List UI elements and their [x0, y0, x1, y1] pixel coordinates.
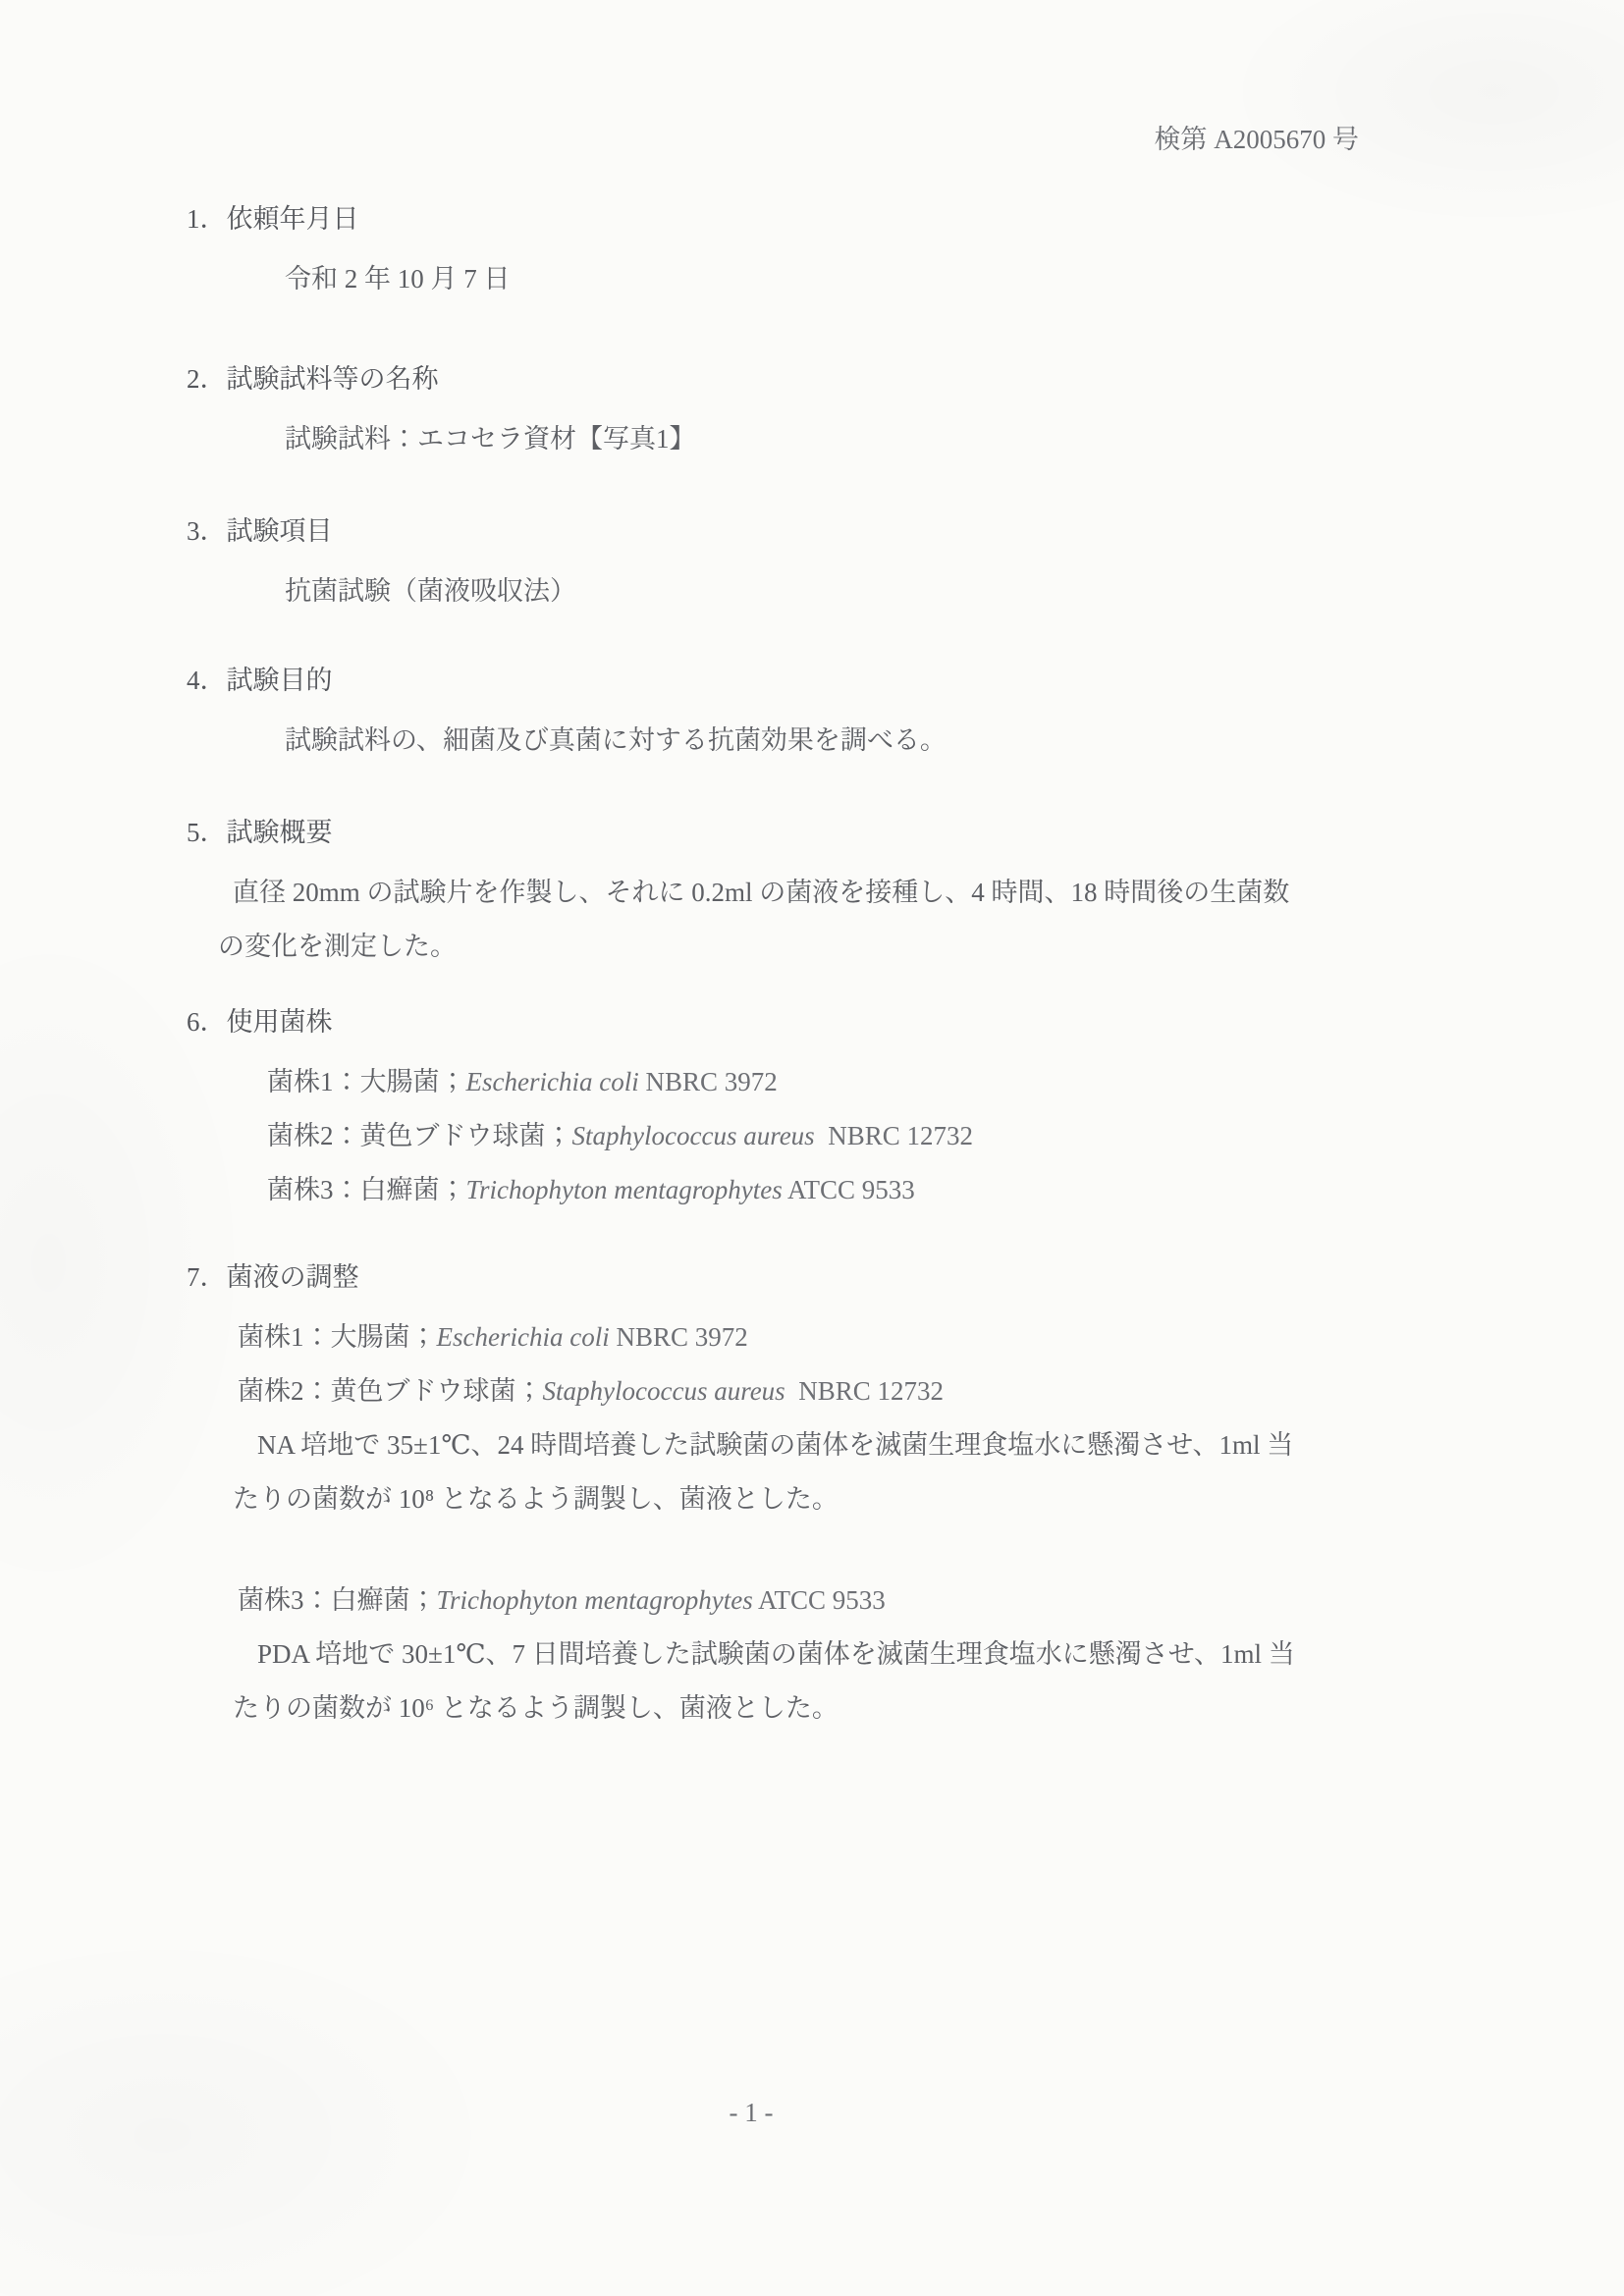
section-5-heading: 5．試験概要	[187, 806, 1624, 860]
section-5-body-line2: の変化を測定した。	[218, 920, 1624, 974]
section-5-body-line1: 直径 20mm の試験片を作製し、それに 0.2ml の菌液を接種し、4 時間、…	[233, 866, 1624, 920]
section-2-body: 試験試料：エコセラ資材【写真1】	[285, 412, 1624, 466]
document-content: 1．依頼年月日 令和 2 年 10 月 7 日 2．試験試料等の名称 試験試料：…	[0, 0, 1624, 1735]
species-name: Escherichia coli	[466, 1067, 639, 1096]
document-number: 検第 A2005670 号	[1155, 113, 1360, 167]
section-test-outline: 5．試験概要 直径 20mm の試験片を作製し、それに 0.2ml の菌液を接種…	[0, 806, 1624, 974]
strain-line: 菌株1：大腸菌；Escherichia coli NBRC 3972	[238, 1310, 1624, 1364]
strain-line: 菌株1：大腸菌；Escherichia coli NBRC 3972	[267, 1055, 1624, 1109]
section-7-heading: 7．菌液の調整	[187, 1251, 1624, 1305]
preparation-paragraph-fungus-line1: PDA 培地で 30±1℃、7 日間培養した試験菌の菌体を滅菌生理食塩水に懸濁さ…	[257, 1628, 1624, 1682]
species-name: Staphylococcus aureus	[572, 1121, 815, 1150]
strain-label: 菌株2：黄色ブドウ球菌；	[238, 1376, 543, 1406]
strain-code: NBRC 12732	[785, 1376, 944, 1406]
strain-code: ATCC 9533	[783, 1175, 915, 1204]
strain-code: NBRC 3972	[639, 1067, 778, 1096]
preparation-paragraph-bacteria-line2: たりの菌数が 10⁸ となるよう調製し、菌液とした。	[233, 1472, 1624, 1526]
section-test-purpose: 4．試験目的 試験試料の、細菌及び真菌に対する抗菌効果を調べる。	[0, 654, 1624, 768]
section-4-heading: 4．試験目的	[187, 654, 1624, 708]
strain-code: NBRC 12732	[815, 1121, 973, 1150]
strain-label: 菌株2：黄色ブドウ球菌；	[267, 1121, 572, 1150]
section-sample-name: 2．試験試料等の名称 試験試料：エコセラ資材【写真1】	[0, 352, 1624, 466]
strain-code: ATCC 9533	[753, 1585, 886, 1615]
strain-line: 菌株3：白癬菌；Trichophyton mentagrophytes ATCC…	[238, 1574, 1624, 1628]
preparation-paragraph-fungus-line2: たりの菌数が 10⁶ となるよう調製し、菌液とした。	[233, 1682, 1624, 1735]
preparation-paragraph-bacteria-line1: NA 培地で 35±1℃、24 時間培養した試験菌の菌体を滅菌生理食塩水に懸濁さ…	[257, 1418, 1624, 1472]
section-3-heading: 3．試験項目	[187, 505, 1624, 559]
species-name: Staphylococcus aureus	[543, 1376, 785, 1406]
section-2-heading: 2．試験試料等の名称	[187, 352, 1624, 406]
section-3-body: 抗菌試験（菌液吸収法）	[285, 564, 1624, 618]
species-name: Trichophyton mentagrophytes	[437, 1585, 753, 1615]
section-strains-used: 6．使用菌株 菌株1：大腸菌；Escherichia coli NBRC 397…	[0, 995, 1624, 1217]
strain-line: 菌株2：黄色ブドウ球菌；Staphylococcus aureus NBRC 1…	[238, 1364, 1624, 1418]
strain-label: 菌株3：白癬菌；	[238, 1585, 437, 1615]
strain-line: 菌株3：白癬菌；Trichophyton mentagrophytes ATCC…	[267, 1163, 1624, 1217]
strain-label: 菌株1：大腸菌；	[267, 1067, 466, 1096]
strain-label: 菌株1：大腸菌；	[238, 1322, 437, 1352]
section-6-heading: 6．使用菌株	[187, 995, 1624, 1049]
section-inoculum-preparation: 7．菌液の調整 菌株1：大腸菌；Escherichia coli NBRC 39…	[0, 1251, 1624, 1735]
section-4-body: 試験試料の、細菌及び真菌に対する抗菌効果を調べる。	[285, 714, 1624, 768]
species-name: Escherichia coli	[437, 1322, 610, 1352]
section-1-heading: 1．依頼年月日	[187, 192, 1624, 246]
strain-line: 菌株2：黄色ブドウ球菌；Staphylococcus aureus NBRC 1…	[267, 1109, 1624, 1163]
section-test-item: 3．試験項目 抗菌試験（菌液吸収法）	[0, 505, 1624, 618]
strain-label: 菌株3：白癬菌；	[267, 1175, 466, 1204]
strain-code: NBRC 3972	[610, 1322, 748, 1352]
page-number: - 1 -	[0, 2086, 1563, 2140]
species-name: Trichophyton mentagrophytes	[466, 1175, 783, 1204]
section-1-body: 令和 2 年 10 月 7 日	[285, 252, 1624, 306]
document-page: 検第 A2005670 号 1．依頼年月日 令和 2 年 10 月 7 日 2．…	[0, 0, 1624, 2296]
section-request-date: 1．依頼年月日 令和 2 年 10 月 7 日	[0, 192, 1624, 306]
